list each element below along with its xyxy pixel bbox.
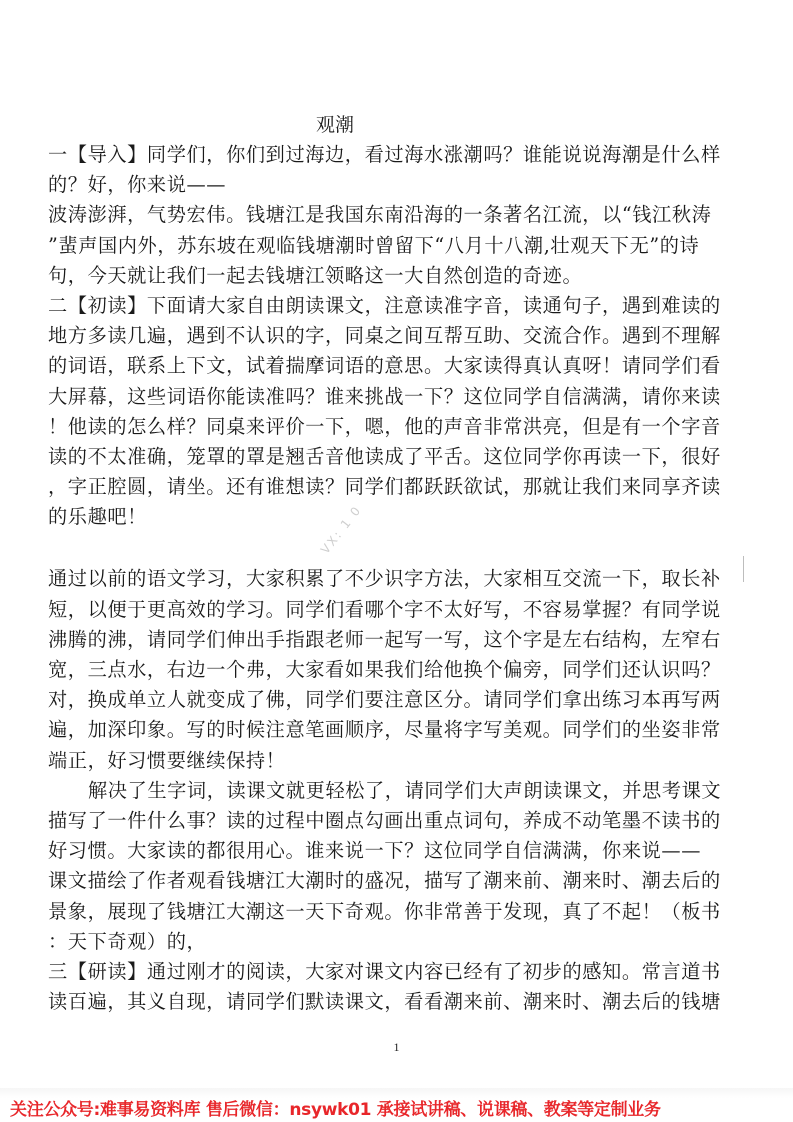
document-title: 观潮 bbox=[0, 112, 670, 138]
text-line: 大屏幕，这些词语你能读准吗？谁来挑战一下？这位同学自信满满，请你来读 bbox=[48, 382, 738, 412]
text-line: 对，换成单立人就变成了佛，同学们要注意区分。请同学们拿出练习本再写两 bbox=[48, 685, 738, 715]
document-body: 一【导入】同学们，你们到过海边，看过海水涨潮吗？谁能说说海潮是什么样 的？好，你… bbox=[48, 140, 738, 1017]
text-line: 读的不太准确，笼罩的罩是翘舌音他读成了平舌。这位同学你再读一下，很好 bbox=[48, 442, 738, 472]
text-line: 宽，三点水，右边一个弗，大家看如果我们给他换个偏旁，同学们还认识吗？ bbox=[48, 655, 738, 685]
text-line: ，字正腔圆，请坐。还有谁想读？同学们都跃跃欲试，那就让我们来同享齐读 bbox=[48, 472, 738, 502]
document-page: 观潮 一【导入】同学们，你们到过海边，看过海水涨潮吗？谁能说说海潮是什么样 的？… bbox=[0, 0, 793, 1122]
text-line: 景象，展现了钱塘江大潮这一天下奇观。你非常善于发现，真了不起！（板书 bbox=[48, 897, 738, 927]
text-line: 句，今天就让我们一起去钱塘江领略这一大自然创造的奇迹。 bbox=[48, 261, 738, 291]
text-line: 的词语，联系上下文，试着揣摩词语的意思。大家读得真认真呀！请同学们看 bbox=[48, 351, 738, 381]
text-line: 波涛澎湃，气势宏伟。钱塘江是我国东南沿海的一条著名江流，以“钱江秋涛 bbox=[48, 200, 738, 230]
text-line: 端正，好习惯要继续保持！ bbox=[48, 746, 738, 776]
promo-footer: 关注公众号:难事易资料库 售后微信：nsywk01 承接试讲稿、说课稿、教案等定… bbox=[10, 1095, 790, 1120]
text-line: 遍，加深印象。写的时候注意笔画顺序，尽量将字写美观。同学们的坐姿非常 bbox=[48, 715, 738, 745]
text-line: 课文描绘了作者观看钱塘江大潮时的盛况，描写了潮来前、潮来时、潮去后的 bbox=[48, 866, 738, 896]
text-line: ！他读的怎么样？同桌来评价一下，嗯，他的声音非常洪亮，但是有一个字音 bbox=[48, 412, 738, 442]
text-line: 地方多读几遍，遇到不认识的字，同桌之间互帮互助、交流合作。遇到不理解 bbox=[48, 321, 738, 351]
page-number: 1 bbox=[0, 1040, 793, 1055]
text-line: ：天下奇观）的， bbox=[48, 927, 738, 957]
text-line: 三【研读】通过刚才的阅读，大家对课文内容已经有了初步的感知。常言道书 bbox=[48, 957, 738, 987]
text-line: 好习惯。大家读的都很用心。谁来说一下？这位同学自信满满，你来说—— bbox=[48, 836, 738, 866]
margin-mark bbox=[743, 556, 744, 582]
text-line: 沸腾的沸，请同学们伸出手指跟老师一起写一写，这个字是左右结构，左窄右 bbox=[48, 625, 738, 655]
text-line: ”蜚声国内外，苏东坡在观临钱塘潮时曾留下“八月十八潮,壮观天下无”的诗 bbox=[48, 231, 738, 261]
text-line: 解决了生字词，读课文就更轻松了，请同学们大声朗读课文，并思考课文 bbox=[48, 776, 738, 806]
text-line: 一【导入】同学们，你们到过海边，看过海水涨潮吗？谁能说说海潮是什么样 bbox=[48, 140, 738, 170]
text-line: 的乐趣吧！ bbox=[48, 502, 738, 532]
text-line: 二【初读】下面请大家自由朗读课文，注意读准字音，读通句子，遇到难读的 bbox=[48, 291, 738, 321]
text-line: 短，以便于更高效的学习。同学们看哪个字不太好写，不容易掌握？有同学说 bbox=[48, 595, 738, 625]
text-line: 描写了一件什么事？读的过程中圈点勾画出重点词句，养成不动笔墨不读书的 bbox=[48, 806, 738, 836]
text-line: 的？好，你来说—— bbox=[48, 170, 738, 200]
text-line: 通过以前的语文学习，大家积累了不少识字方法，大家相互交流一下，取长补 bbox=[48, 564, 738, 594]
blank-line bbox=[48, 532, 738, 564]
text-line: 读百遍，其义自现，请同学们默读课文，看看潮来前、潮来时、潮去后的钱塘 bbox=[48, 987, 738, 1017]
